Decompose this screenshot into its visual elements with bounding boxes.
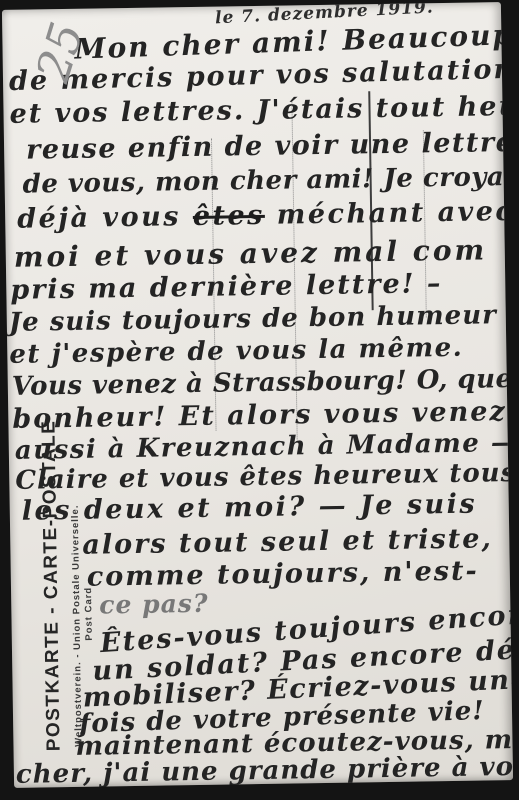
message-line: pris ma dernière lettre! – bbox=[10, 268, 443, 306]
crossed-out-word: êtes bbox=[193, 200, 266, 232]
message-line: ce pas? bbox=[99, 589, 209, 620]
message-line: Je suis toujours de bon humeur bbox=[9, 300, 497, 338]
message-line: et j'espère de vous la même. bbox=[9, 333, 463, 370]
message-line: de vous, mon cher ami! Je croyapis bbox=[22, 162, 513, 200]
message-line: et vos lettres. J'étais tout heu bbox=[9, 91, 513, 130]
message-line: déjà vous êtes méchant avec bbox=[17, 196, 513, 235]
message-line: alors tout seul et triste, bbox=[82, 523, 493, 560]
message-line: comme toujours, n'est- bbox=[87, 556, 479, 593]
postcard-scan: POSTKARTE - CARTE-POSTALE Weltpostverein… bbox=[2, 2, 513, 788]
printed-post-card-label: Post Card bbox=[83, 587, 95, 641]
scan-background: { "postcard": { "pencil_number": "25", "… bbox=[0, 0, 519, 800]
message-text: déjà vous bbox=[17, 201, 193, 235]
message-line: Vous venez à Strassbourg! O, quelle bbox=[12, 363, 513, 401]
message-text: méchant avec bbox=[265, 196, 513, 231]
message-text: de vous, mon cher ami! Je croya bbox=[22, 162, 504, 200]
message-line: reuse enfin de voir une lettre bbox=[26, 127, 513, 166]
message-line: les deux et moi? — Je suis bbox=[22, 489, 478, 527]
